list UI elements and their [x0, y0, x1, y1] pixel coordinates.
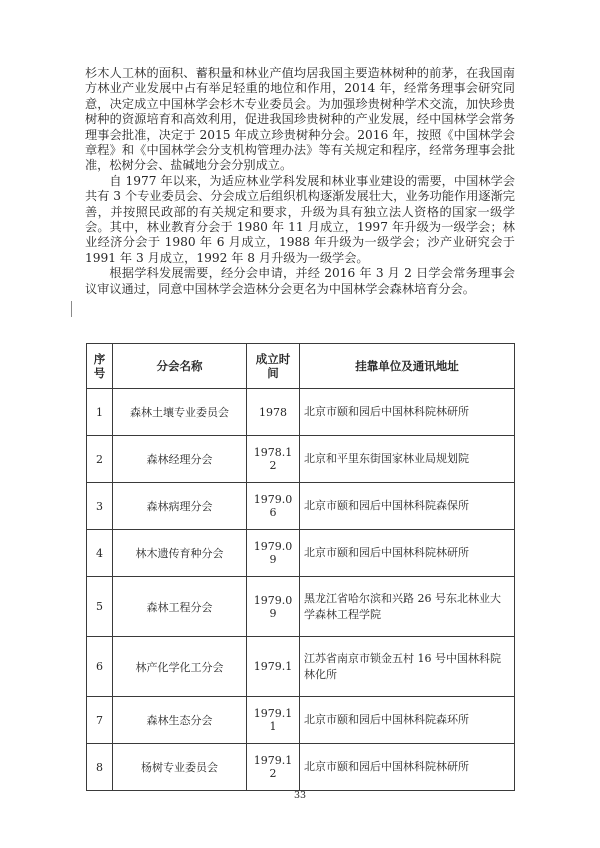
col-header-index: 序号: [87, 344, 113, 389]
paragraph: 杉木人工林的面积、蓄积量和林业产值均居我国主要造林树种的前茅，在我国南方林业产业…: [85, 66, 515, 174]
cell-branch-name: 森林生态分会: [113, 697, 247, 744]
table-row: 3 森林病理分会 1979.06 北京市颐和园后中国林科院森保所: [87, 483, 515, 530]
cell-founded-date: 1979.12: [247, 744, 300, 791]
table-row: 8 杨树专业委员会 1979.12 北京市颐和园后中国林科院林研所: [87, 744, 515, 791]
cell-address: 北京和平里东街国家林业局规划院: [300, 436, 515, 483]
branch-table-container: 序号 分会名称 成立时间 挂靠单位及通讯地址 1 森林土壤专业委员会 1978 …: [86, 343, 514, 791]
table-row: 1 森林土壤专业委员会 1978 北京市颐和园后中国林科院林研所: [87, 389, 515, 436]
body-text: 杉木人工林的面积、蓄积量和林业产值均居我国主要造林树种的前茅，在我国南方林业产业…: [85, 66, 515, 297]
cell-founded-date: 1979.11: [247, 697, 300, 744]
document-page: 杉木人工林的面积、蓄积量和林业产值均居我国主要造林树种的前茅，在我国南方林业产业…: [0, 0, 600, 848]
cell-index: 6: [87, 637, 113, 697]
cell-address: 北京市颐和园后中国林科院林研所: [300, 530, 515, 577]
table-row: 5 森林工程分会 1979.09 黑龙江省哈尔滨和兴路 26 号东北林业大学森林…: [87, 577, 515, 637]
table-row: 2 森林经理分会 1978.12 北京和平里东街国家林业局规划院: [87, 436, 515, 483]
col-header-founded: 成立时间: [247, 344, 300, 389]
cell-index: 1: [87, 389, 113, 436]
cell-branch-name: 森林经理分会: [113, 436, 247, 483]
table-row: 6 林产化学化工分会 1979.1 江苏省南京市锁金五村 16 号中国林科院林化…: [87, 637, 515, 697]
cell-index: 4: [87, 530, 113, 577]
revision-change-bar: [71, 301, 72, 317]
cell-index: 7: [87, 697, 113, 744]
cell-branch-name: 林产化学化工分会: [113, 637, 247, 697]
cell-founded-date: 1979.09: [247, 530, 300, 577]
table-row: 4 林木遗传育种分会 1979.09 北京市颐和园后中国林科院林研所: [87, 530, 515, 577]
cell-founded-date: 1979.09: [247, 577, 300, 637]
cell-address: 北京市颐和园后中国林科院森环所: [300, 697, 515, 744]
cell-branch-name: 杨树专业委员会: [113, 744, 247, 791]
cell-branch-name: 森林工程分会: [113, 577, 247, 637]
cell-index: 2: [87, 436, 113, 483]
cell-founded-date: 1978.12: [247, 436, 300, 483]
col-header-name: 分会名称: [113, 344, 247, 389]
cell-index: 8: [87, 744, 113, 791]
cell-address: 北京市颐和园后中国林科院森保所: [300, 483, 515, 530]
col-header-address: 挂靠单位及通讯地址: [300, 344, 515, 389]
table-row: 7 森林生态分会 1979.11 北京市颐和园后中国林科院森环所: [87, 697, 515, 744]
cell-branch-name: 森林病理分会: [113, 483, 247, 530]
cell-branch-name: 森林土壤专业委员会: [113, 389, 247, 436]
cell-index: 5: [87, 577, 113, 637]
cell-address: 北京市颐和园后中国林科院林研所: [300, 744, 515, 791]
cell-branch-name: 林木遗传育种分会: [113, 530, 247, 577]
branch-table: 序号 分会名称 成立时间 挂靠单位及通讯地址 1 森林土壤专业委员会 1978 …: [86, 343, 515, 791]
table-header-row: 序号 分会名称 成立时间 挂靠单位及通讯地址: [87, 344, 515, 389]
cell-founded-date: 1979.06: [247, 483, 300, 530]
cell-address: 北京市颐和园后中国林科院林研所: [300, 389, 515, 436]
cell-address: 江苏省南京市锁金五村 16 号中国林科院林化所: [300, 637, 515, 697]
paragraph: 根据学科发展需要，经分会申请，并经 2016 年 3 月 2 日学会常务理事会议…: [85, 266, 515, 297]
paragraph: 自 1977 年以来，为适应林业学科发展和林业事业建设的需要，中国林学会共有 3…: [85, 174, 515, 266]
cell-index: 3: [87, 483, 113, 530]
cell-founded-date: 1978: [247, 389, 300, 436]
cell-founded-date: 1979.1: [247, 637, 300, 697]
page-number: 33: [0, 790, 600, 801]
cell-address: 黑龙江省哈尔滨和兴路 26 号东北林业大学森林工程学院: [300, 577, 515, 637]
